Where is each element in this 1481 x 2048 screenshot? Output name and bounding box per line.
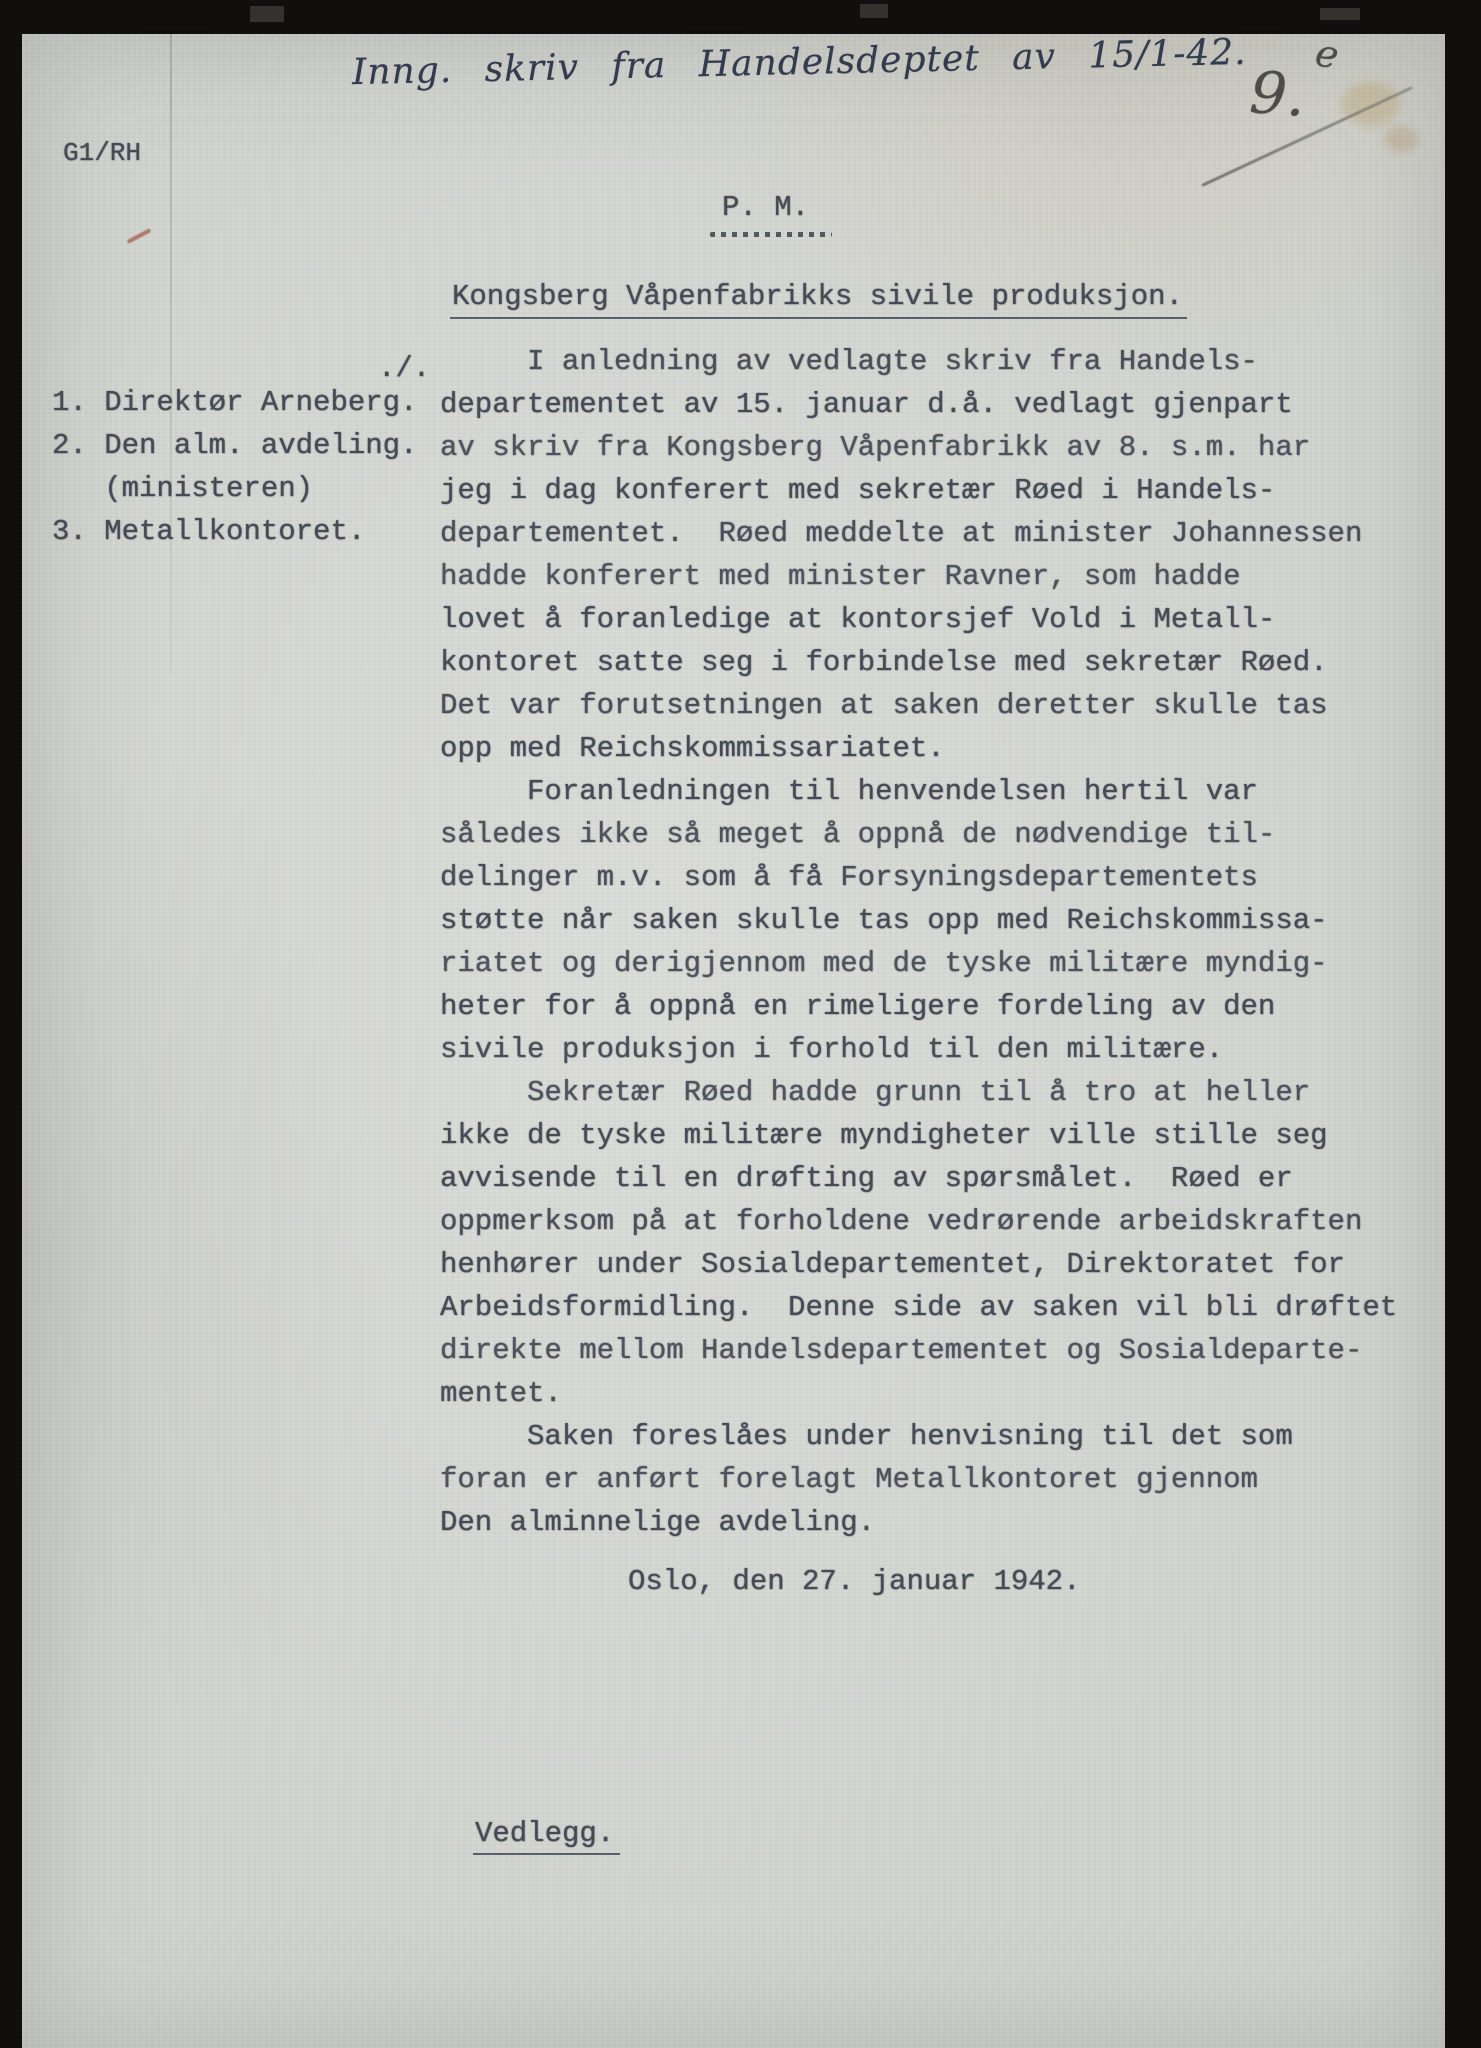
paper-crease [170,34,172,674]
scan-edge-notch [1320,8,1360,20]
body-line: delinger m.v. som å få Forsyningsdeparte… [440,856,1440,899]
pencil-page-suffix: e [1312,30,1343,78]
body-line: oppmerksom på at forholdene vedrørende a… [440,1200,1440,1243]
body-line: jeg i dag konferert med sekretær Røed i … [440,469,1440,512]
paper: Inng. skriv fra Handelsdeptet av 15/1-42… [22,34,1445,2048]
body-line: Arbeidsformidling. Denne side av saken v… [440,1286,1440,1329]
body-line: departementet. Røed meddelte at minister… [440,512,1440,555]
body-line: henhører under Sosialdepartementet, Dire… [440,1243,1440,1286]
body-line: Saken foreslåes under henvisning til det… [440,1415,1440,1458]
body-line: sivile produksjon i forhold til den mili… [440,1028,1440,1071]
document-title: Kongsberg Våpenfabrikks sivile produksjo… [450,280,1187,319]
handwritten-note: Inng. skriv fra Handelsdeptet av 15/1-42… [352,32,1247,93]
body-line: av skriv fra Kongsberg Våpenfabrikk av 8… [440,426,1440,469]
body-line: lovet å foranledige at kontorsjef Vold i… [440,598,1440,641]
body-line: heter for å oppnå en rimeligere fordelin… [440,985,1440,1028]
scanned-page: Inng. skriv fra Handelsdeptet av 15/1-42… [0,0,1481,2048]
body-line: Foranledningen til henvendelsen hertil v… [440,770,1440,813]
pencil-page-number: 9. [1248,58,1308,130]
body-line: støtte når saken skulle tas opp med Reic… [440,899,1440,942]
body-line: riatet og derigjennom med de tyske milit… [440,942,1440,985]
body-text: I anledning av vedlagte skriv fra Handel… [440,340,1440,1544]
body-line: direkte mellom Handelsdepartementet og S… [440,1329,1440,1372]
body-line: kontoret satte seg i forbindelse med sek… [440,641,1440,684]
distribution-list: 1. Direktør Arneberg.2. Den alm. avdelin… [52,381,417,553]
body-line: departementet av 15. januar d.å. vedlagt… [440,383,1440,426]
body-line: Det var forutsetningen at saken deretter… [440,684,1440,727]
distribution-list-item: 2. Den alm. avdeling. [52,424,417,467]
body-line: I anledning av vedlagte skriv fra Handel… [440,340,1440,383]
clerk-reference: G1/RH [63,138,141,168]
pencil-stroke [1201,86,1413,187]
scan-edge-notch [250,6,284,22]
body-line: opp med Reichskommissariatet. [440,727,1440,770]
body-line: således ikke så meget å oppnå de nødvend… [440,813,1440,856]
doc-type-underline [710,232,832,237]
paper-stain [1384,126,1418,152]
body-line: foran er anført forelagt Metallkontoret … [440,1458,1440,1501]
dateline: Oslo, den 27. januar 1942. [628,1565,1080,1598]
doc-type-heading: P. M. [722,191,809,224]
distribution-list-item: 3. Metallkontoret. [52,510,417,553]
paper-stain [127,228,152,244]
attachments-label: Vedlegg. [473,1817,620,1855]
distribution-list-item: 1. Direktør Arneberg. [52,381,417,424]
body-line: Sekretær Røed hadde grunn til å tro at h… [440,1071,1440,1114]
body-line: mentet. [440,1372,1440,1415]
distribution-list-item: (ministeren) [52,467,417,510]
body-line: ikke de tyske militære myndigheter ville… [440,1114,1440,1157]
body-line: avvisende til en drøfting av spørsmålet.… [440,1157,1440,1200]
body-line: hadde konferert med minister Ravner, som… [440,555,1440,598]
body-line: Den alminnelige avdeling. [440,1501,1440,1544]
scan-edge-notch [860,4,888,18]
